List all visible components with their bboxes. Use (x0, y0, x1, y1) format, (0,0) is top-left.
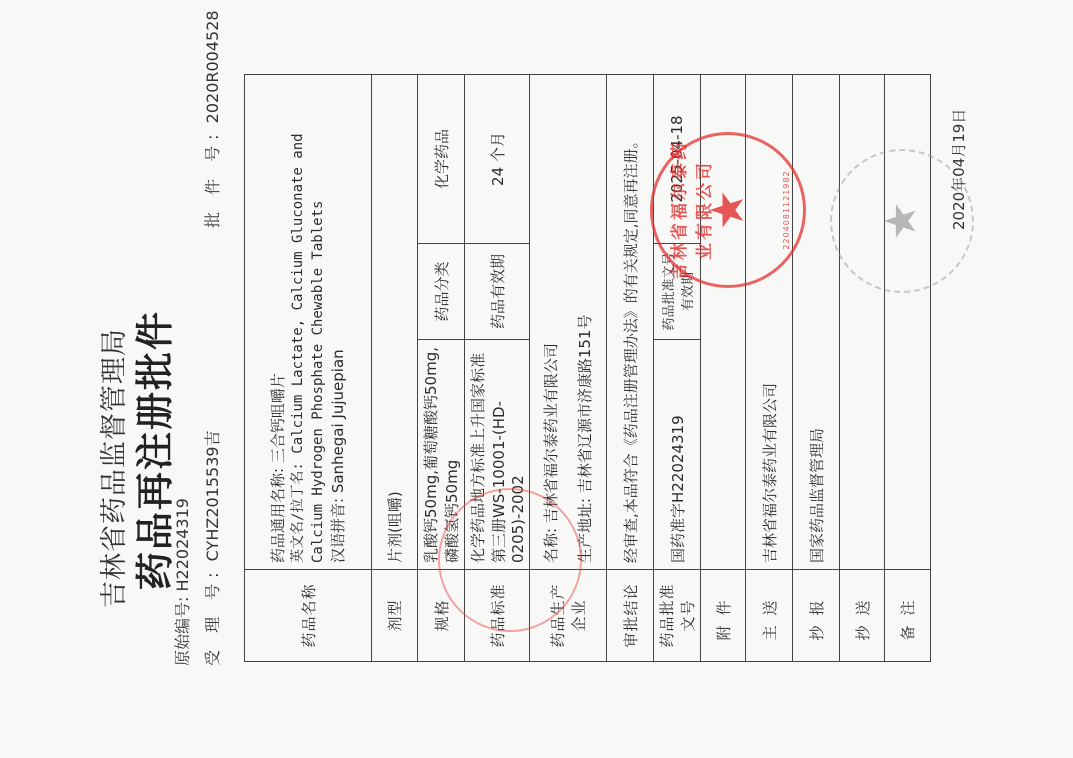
manufacturer-name: 名称: 吉林省福尔泰药业有限公司 (541, 81, 561, 563)
approval-number: 批 件 号: 2020R004528 (200, 10, 223, 228)
attachment-value (701, 75, 746, 570)
approval-number-value-cell: 国药准字H22024319 (654, 340, 701, 570)
approval-number-label-cell: 药品批准文号 (654, 570, 701, 662)
specification-label: 规格 (418, 570, 465, 662)
remarks-label: 备注 (885, 570, 931, 662)
standard-value: 化学药品地方标准上升国家标准第三册WS-10001-(HD-0205)-2002 (465, 340, 530, 570)
pinyin-name: 汉语拼音: Sanhegai Jujuepian (328, 81, 348, 563)
approval-validity-label: 药品批准文号有效期 (654, 244, 701, 340)
dosage-form-value: 片剂(咀嚼) (372, 75, 418, 570)
approval-number-label: 批 件 号: (203, 128, 222, 228)
table-row-copy-to: 抄送 (840, 75, 885, 662)
table-row-remarks: 备注 (885, 75, 931, 662)
report-to-label: 抄报 (793, 570, 840, 662)
table-row-send-to: 主送 吉林省福尔泰药业有限公司 (746, 75, 793, 662)
approval-document-page: 吉林省药品监督管理局 药品再注册批件 原始编号: H22024319 受 理 号… (0, 0, 1073, 758)
common-name: 药品通用名称: 三合钙咀嚼片 (268, 81, 288, 563)
attachment-label: 附件 (701, 570, 746, 662)
standard-label: 药品标准 (465, 570, 530, 662)
manufacturer-label: 药品生产企业 (530, 570, 607, 662)
remarks-value (885, 75, 931, 570)
report-to-value: 国家药品监督管理局 (793, 75, 840, 570)
original-number-label: 原始编号: (173, 597, 192, 666)
approval-table: 药品名称 药品通用名称: 三合钙咀嚼片 英文名/拉丁名: Calcium Lac… (244, 74, 931, 662)
original-number-value: H22024319 (173, 498, 192, 591)
copy-to-label: 抄送 (840, 570, 885, 662)
acceptance-number-label: 受 理 号: (203, 566, 222, 666)
drug-name-cell: 药品通用名称: 三合钙咀嚼片 英文名/拉丁名: Calcium Lactate,… (245, 75, 372, 570)
drug-name-label: 药品名称 (245, 570, 372, 662)
original-number: 原始编号: H22024319 (170, 498, 193, 666)
conclusion-label: 审批结论 (607, 570, 654, 662)
manufacturer-address: 生产地址: 吉林省辽源市济康路151号 (575, 81, 595, 563)
table-row-conclusion: 审批结论 经审查,本品符合《药品注册管理办法》的有关规定,同意再注册。 (607, 75, 654, 662)
table-row-report-to: 抄报 国家药品监督管理局 (793, 75, 840, 662)
validity-value: 24 个月 (465, 75, 530, 244)
table-row-dosage-form: 剂型 片剂(咀嚼) (372, 75, 418, 662)
copy-to-value (840, 75, 885, 570)
dosage-form-label: 剂型 (372, 570, 418, 662)
classification-value: 化学药品 (418, 75, 465, 244)
conclusion-value: 经审查,本品符合《药品注册管理办法》的有关规定,同意再注册。 (607, 75, 654, 570)
approval-number-value: 2020R004528 (203, 10, 222, 123)
classification-label: 药品分类 (418, 244, 465, 340)
english-name: 英文名/拉丁名: Calcium Lactate, Calcium Glucon… (288, 81, 328, 563)
issue-date: 2020年04月19日 (948, 109, 969, 230)
acceptance-number: 受 理 号: CYHZ2015539吉 (200, 430, 223, 666)
table-row-approval-number: 药品批准文号 国药准字H22024319 药品批准文号有效期 2025-04-1… (654, 75, 701, 662)
send-to-label: 主送 (746, 570, 793, 662)
table-row-attachment: 附件 (701, 75, 746, 662)
table-row-manufacturer: 药品生产企业 名称: 吉林省福尔泰药业有限公司 生产地址: 吉林省辽源市济康路1… (530, 75, 607, 662)
table-row-drug-name: 药品名称 药品通用名称: 三合钙咀嚼片 英文名/拉丁名: Calcium Lac… (245, 75, 372, 662)
validity-label: 药品有效期 (465, 244, 530, 340)
manufacturer-cell: 名称: 吉林省福尔泰药业有限公司 生产地址: 吉林省辽源市济康路151号 (530, 75, 607, 570)
approval-validity-value: 2025-04-18 (654, 75, 701, 244)
specification-value: 乳酸钙50mg,葡萄糖酸钙50mg,磷酸氢钙50mg (418, 340, 465, 570)
send-to-value: 吉林省福尔泰药业有限公司 (746, 75, 793, 570)
acceptance-number-value: CYHZ2015539吉 (203, 430, 222, 561)
table-row-specification: 规格 乳酸钙50mg,葡萄糖酸钙50mg,磷酸氢钙50mg 药品分类 化学药品 (418, 75, 465, 662)
table-row-standard: 药品标准 化学药品地方标准上升国家标准第三册WS-10001-(HD-0205)… (465, 75, 530, 662)
